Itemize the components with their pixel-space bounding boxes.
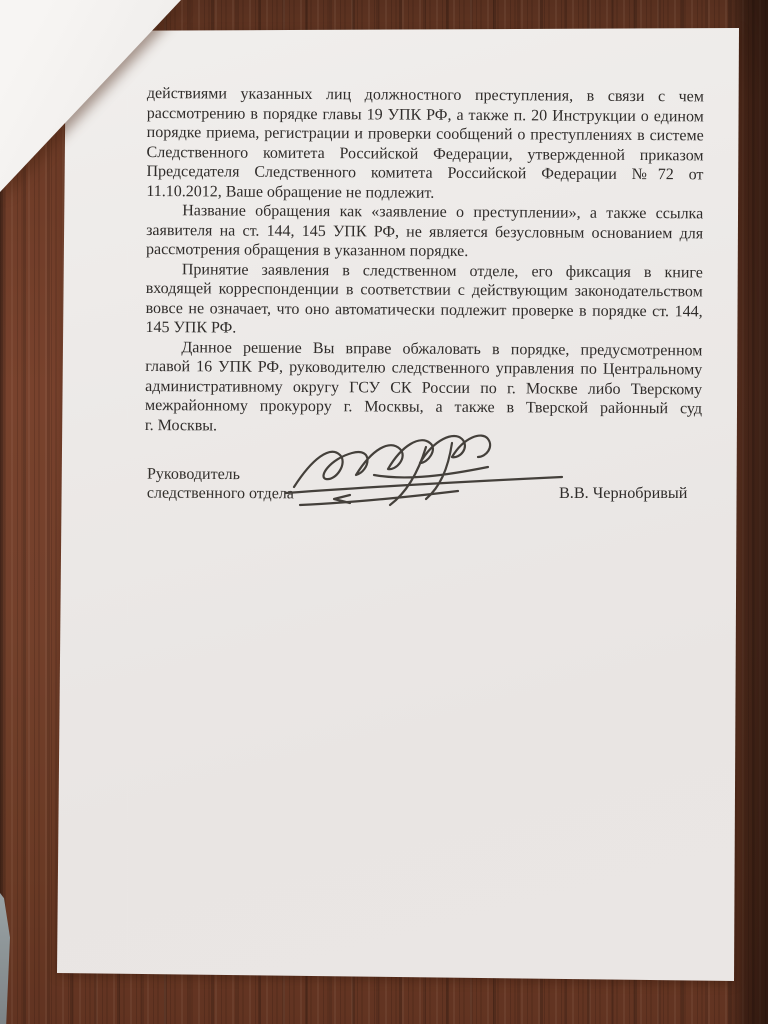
photo-of-document: действиями указанных лиц должностного пр… bbox=[0, 0, 768, 1024]
document-page: действиями указанных лиц должностного пр… bbox=[0, 0, 768, 1024]
handwritten-signature-icon bbox=[278, 425, 578, 515]
document-text: действиями указанных лиц должностного пр… bbox=[145, 84, 704, 438]
text-line: действиями указанных лиц должностного пр… bbox=[147, 84, 704, 107]
paragraph: Название обращения как «заявление о прес… bbox=[146, 201, 703, 263]
paragraph: Принятие заявления в следственном отделе… bbox=[145, 259, 702, 340]
signature-title-line: Руководитель bbox=[147, 465, 294, 485]
text-line: 145 УПК РФ. bbox=[145, 318, 702, 341]
text-line: главой 16 УПК РФ, руководителю следствен… bbox=[145, 357, 702, 380]
text-line: межрайонному прокурору г. Москвы, а такж… bbox=[145, 396, 702, 419]
paragraph: действиями указанных лиц должностного пр… bbox=[146, 84, 704, 204]
signature-title-line: следственного отдела bbox=[147, 484, 294, 504]
text-line: входящей корреспонденции в соответствии … bbox=[146, 279, 703, 302]
text-line: Название обращения как «заявление о прес… bbox=[146, 201, 703, 224]
signature-title: Руководитель следственного отдела bbox=[147, 465, 294, 504]
text-line: Председателя Следственного комитета Росс… bbox=[146, 162, 703, 185]
signer-name: В.В. Чернобривый bbox=[559, 484, 687, 503]
text-line: рассмотрения обращения в указанном поряд… bbox=[146, 240, 703, 263]
text-line: порядке приема, регистрации и проверки с… bbox=[147, 123, 704, 146]
paragraph: Данное решение Вы вправе обжаловать в по… bbox=[145, 337, 703, 438]
